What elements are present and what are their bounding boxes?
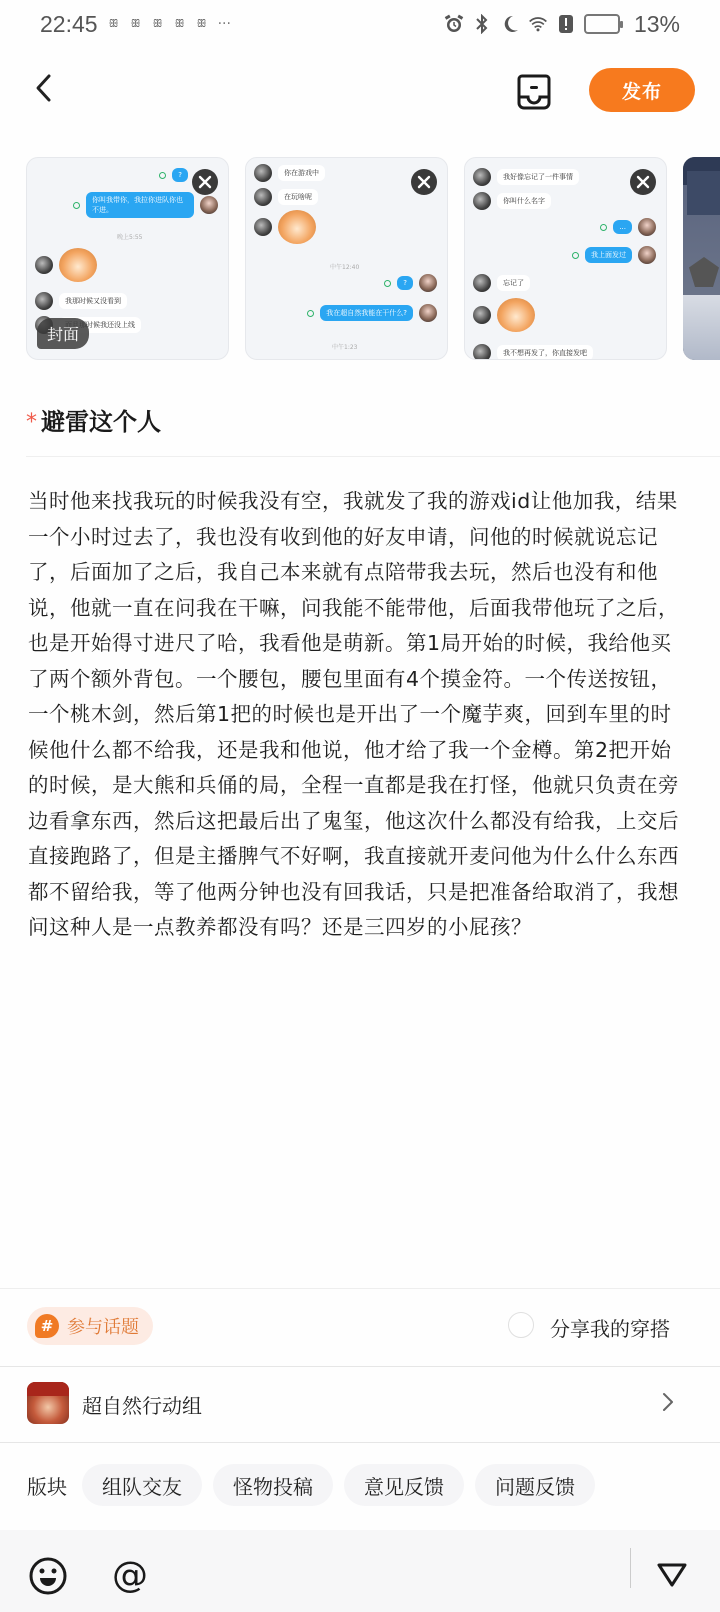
sticker-image: [59, 248, 97, 282]
mention-button[interactable]: @: [110, 1556, 150, 1596]
bluetooth-icon: [472, 14, 492, 34]
app-notification-icon: ꕥ: [196, 18, 208, 30]
join-topic-label: 参与话题: [67, 1313, 139, 1339]
sticker-image: [278, 210, 316, 244]
remove-image-button[interactable]: [630, 169, 656, 195]
chat-bubble: 你在游戏中: [278, 165, 325, 181]
post-title-field[interactable]: * 避雷这个人: [26, 402, 161, 437]
bottom-toolbar: @: [0, 1530, 720, 1612]
post-body-field[interactable]: 当时他来找我玩的时候我没有空，我就发了我的游戏id让他加我，结果一个小时过去了，…: [28, 484, 686, 946]
sticker-image: [497, 298, 535, 332]
cover-label: 封面: [37, 318, 89, 349]
alert-icon: [556, 14, 576, 34]
chat-timestamp: 中午1:23: [332, 342, 357, 351]
section-label: 版块: [27, 1471, 67, 1500]
chevron-left-icon: [32, 73, 56, 103]
draft-box-button[interactable]: [512, 70, 556, 114]
chat-bubble: ?: [172, 168, 188, 182]
remove-image-button[interactable]: [411, 169, 437, 195]
image-thumbnail-partial[interactable]: [683, 157, 720, 360]
image-strip[interactable]: ? 你叫我带你，我拉你进队你也不进。 晚上5:55 我那时候又没看到 而且那时候…: [26, 157, 720, 362]
hashtag-icon: #: [35, 1314, 59, 1338]
moon-icon: [500, 14, 520, 34]
divider: [0, 1442, 720, 1443]
chat-timestamp: 中午12:40: [330, 262, 359, 271]
chat-bubble: 在玩啥呢: [278, 189, 318, 205]
collapse-keyboard-button[interactable]: [654, 1556, 690, 1592]
divider: [0, 1366, 720, 1367]
divider: [26, 456, 720, 457]
chat-bubble: ...: [613, 220, 632, 234]
status-bar: 22:45 ꕥ ꕥ ꕥ ꕥ ꕥ ··· 13%: [0, 0, 720, 48]
image-thumbnail[interactable]: 我好像忘记了一件事情 你叫什么名字 ... 我上面发过 忘记了 我不想再发了，你…: [464, 157, 667, 360]
chat-bubble: 我好像忘记了一件事情: [497, 169, 579, 185]
chat-bubble: 我不想再发了，你直接发吧: [497, 345, 593, 360]
close-icon: [417, 175, 431, 189]
chat-bubble: 你叫什么名字: [497, 193, 551, 209]
chat-timestamp: 晚上5:55: [117, 232, 142, 241]
wifi-icon: [528, 14, 548, 34]
header: 发布: [0, 58, 720, 122]
circle-selector[interactable]: 超自然行动组: [0, 1368, 720, 1442]
close-icon: [198, 175, 212, 189]
chat-bubble: 我那时候又没看到: [59, 293, 127, 309]
chat-bubble: ?: [397, 276, 413, 290]
remove-image-button[interactable]: [192, 169, 218, 195]
battery-icon: [584, 14, 620, 34]
chat-bubble: 我在超自然我能在干什么?: [320, 305, 413, 321]
chat-bubble: 我上面发过: [585, 247, 632, 263]
share-outfit-checkbox[interactable]: [508, 1312, 534, 1338]
section-chip-issue[interactable]: 问题反馈: [475, 1464, 595, 1506]
post-title: 避雷这个人: [41, 402, 161, 437]
join-topic-button[interactable]: # 参与话题: [27, 1307, 153, 1345]
draft-box-icon: [512, 70, 556, 114]
share-outfit-label[interactable]: 分享我的穿搭: [550, 1313, 670, 1342]
section-chip-monster[interactable]: 怪物投稿: [213, 1464, 333, 1506]
emoji-icon: [28, 1556, 68, 1596]
section-chip-feedback[interactable]: 意见反馈: [344, 1464, 464, 1506]
publish-button[interactable]: 发布: [589, 68, 695, 112]
app-notification-icon: ꕥ: [174, 18, 186, 30]
divider: [630, 1548, 631, 1588]
chevron-right-icon: [656, 1390, 680, 1414]
chat-bubble: 你叫我带你，我拉你进队你也不进。: [86, 192, 194, 218]
circle-avatar: [27, 1382, 69, 1424]
status-time: 22:45: [40, 11, 98, 38]
app-notification-icon: ꕥ: [130, 18, 142, 30]
alarm-icon: [444, 14, 464, 34]
back-button[interactable]: [24, 68, 64, 108]
app-notification-icon: ꕥ: [108, 18, 120, 30]
circle-name: 超自然行动组: [82, 1390, 202, 1419]
collapse-triangle-icon: [654, 1556, 690, 1592]
battery-percent: 13%: [634, 11, 680, 38]
app-notification-icon: ꕥ: [152, 18, 164, 30]
close-icon: [636, 175, 650, 189]
required-mark: *: [26, 410, 37, 435]
divider: [0, 1288, 720, 1289]
image-thumbnail[interactable]: 你在游戏中 在玩啥呢 中午12:40 ? 我在超自然我能在干什么? 中午1:23: [245, 157, 448, 360]
chat-bubble: 忘记了: [497, 275, 530, 291]
notification-overflow: ···: [218, 16, 231, 32]
section-selector: 版块 组队交友 怪物投稿 意见反馈 问题反馈: [27, 1464, 595, 1506]
section-chip-team[interactable]: 组队交友: [82, 1464, 202, 1506]
image-thumbnail-cover[interactable]: ? 你叫我带你，我拉你进队你也不进。 晚上5:55 我那时候又没看到 而且那时候…: [26, 157, 229, 360]
emoji-button[interactable]: [28, 1556, 68, 1596]
